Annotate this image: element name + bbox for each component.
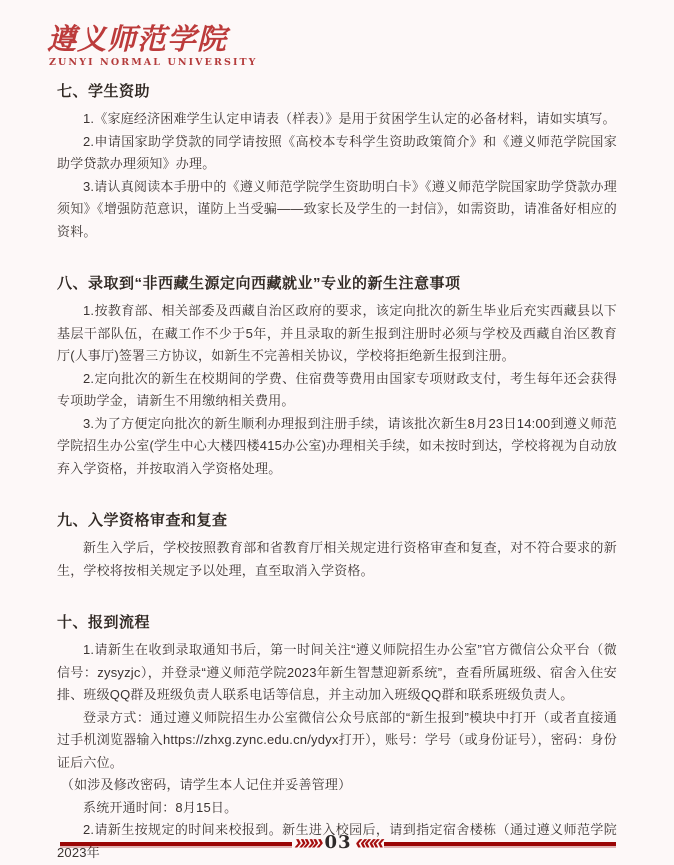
paragraph: 3.为了方便定向批次的新生顺利办理报到注册手续，请该批次新生8月23日14:00… (57, 413, 617, 481)
page-footer: »»» 03 ««« (60, 832, 616, 856)
section-heading: 八、录取到“非西藏生源定向西藏就业”专业的新生注意事项 (57, 272, 617, 293)
section-heading: 十、报到流程 (57, 611, 617, 632)
chevrons-left-icon: ««« (352, 832, 384, 856)
section-2: 八、录取到“非西藏生源定向西藏就业”专业的新生注意事项1.按教育部、相关部委及西… (57, 272, 617, 480)
paragraph: 2.定向批次的新生在校期间的学费、住宿费等费用由国家专项财政支付，考生每年还会获… (57, 368, 617, 413)
university-logo-english: ZUNYI NORMAL UNIVERSITY (49, 57, 617, 68)
section-4: 十、报到流程1.请新生在收到录取通知书后，第一时间关注“遵义师院招生办公室”官方… (57, 611, 617, 864)
footer-rule-left (60, 842, 292, 846)
paragraph: 1.按教育部、相关部委及西藏自治区政府的要求，该定向批次的新生毕业后充实西藏县以… (57, 300, 617, 368)
paragraph: 1.请新生在收到录取通知书后，第一时间关注“遵义师院招生办公室”官方微信公众平台… (57, 639, 617, 707)
university-logo-chinese: 遵义师范学院 (47, 24, 617, 54)
section-heading: 七、学生资助 (57, 80, 617, 101)
document-body: 七、学生资助1.《家庭经济困难学生认定申请表（样表）》是用于贫困学生认定的必备材… (57, 80, 617, 864)
paragraph: 2.申请国家助学贷款的同学请按照《高校本专科学生资助政策简介》和《遵义师范学院国… (57, 131, 617, 176)
paragraph: 3.请认真阅读本手册中的《遵义师范学院学生资助明白卡》《遵义师范学院国家助学贷款… (57, 176, 617, 244)
page-number: 03 (324, 834, 351, 854)
section-heading: 九、入学资格审查和复查 (57, 509, 617, 530)
document-page: 遵义师范学院 ZUNYI NORMAL UNIVERSITY 七、学生资助1.《… (0, 0, 674, 865)
chevrons-right-icon: »»» (292, 832, 324, 856)
university-logo: 遵义师范学院 ZUNYI NORMAL UNIVERSITY (47, 24, 617, 68)
paragraph: 系统开通时间：8月15日。 (57, 797, 617, 820)
section-3: 九、入学资格审查和复查新生入学后，学校按照教育部和省教育厅相关规定进行资格审查和… (57, 509, 617, 582)
paragraph: 新生入学后，学校按照教育部和省教育厅相关规定进行资格审查和复查，对不符合要求的新… (57, 537, 617, 582)
footer-rule-right (384, 842, 616, 846)
paragraph: （如涉及修改密码，请学生本人记住并妥善管理） (57, 774, 617, 797)
section-1: 七、学生资助1.《家庭经济困难学生认定申请表（样表）》是用于贫困学生认定的必备材… (57, 80, 617, 243)
paragraph: 登录方式：通过遵义师院招生办公室微信公众号底部的“新生报到”模块中打开（或者直接… (57, 707, 617, 775)
paragraph: 1.《家庭经济困难学生认定申请表（样表）》是用于贫困学生认定的必备材料，请如实填… (57, 108, 617, 131)
